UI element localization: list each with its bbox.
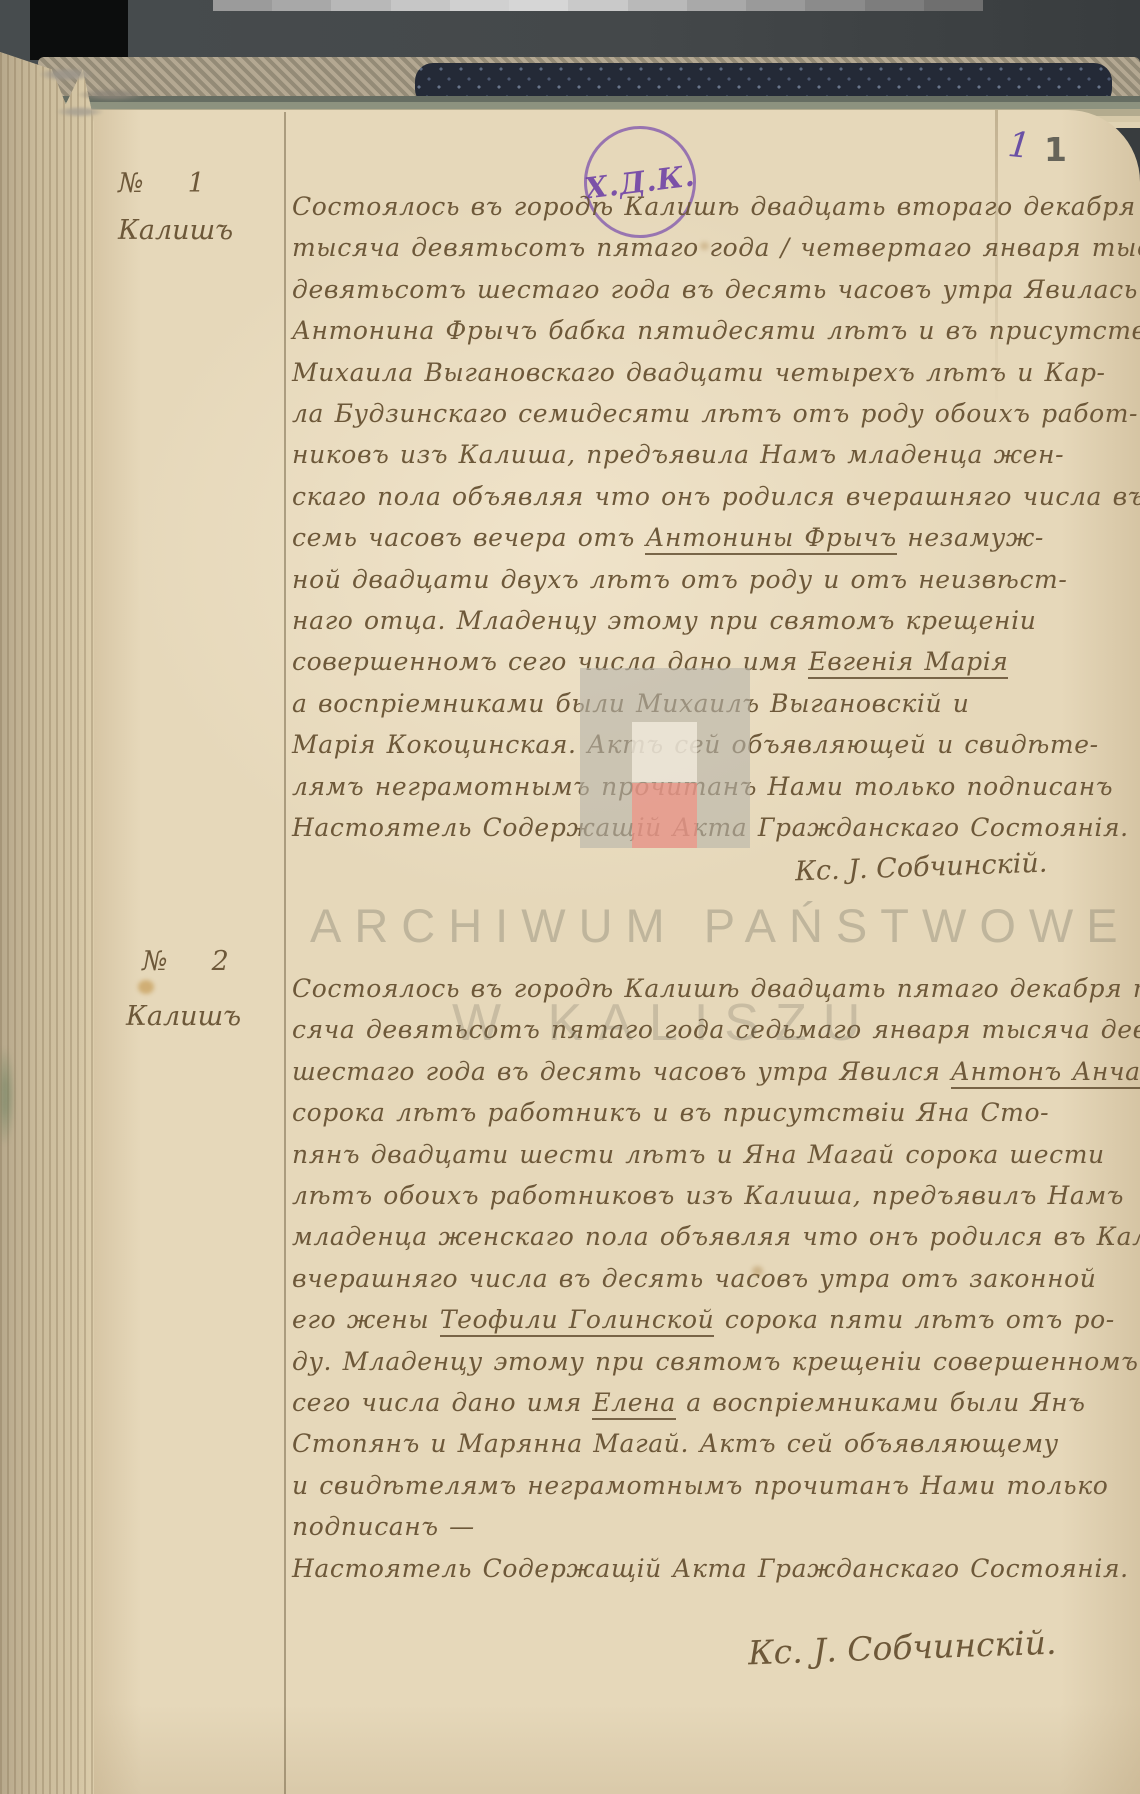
act-1-margin-number: №1 [118,168,205,199]
act-2-margin-place: Калишъ [126,1001,241,1032]
handwritten-line: девятьсотъ шестаго года въ десять часовъ… [292,269,982,310]
handwritten-line: сорока лѣтъ работникъ и въ присутствіи Я… [292,1092,982,1133]
handwritten-segment: Состоялось въ городѣ Калишѣ двадцать вто… [292,192,1136,221]
calibration-strip [213,0,983,11]
underlined-name: Теофили Голинской [440,1305,715,1337]
handwritten-line: подписанъ — [292,1506,982,1547]
archive-watermark-line2: W KALISZU [452,993,876,1053]
handwritten-segment: вчерашняго числа въ десять часовъ утра о… [292,1264,1097,1293]
handwritten-line: семь часовъ вечера отъ Антонины Фрычъ не… [292,517,982,558]
handwritten-line: шестаго года въ десять часовъ утра Явилс… [292,1051,982,1092]
handwritten-line: сего числа дано имя Елена а воспріемника… [292,1382,982,1423]
margin-rule-line [284,112,286,1794]
underlined-name: Антонины Фрычъ [645,523,896,555]
calibration-block [865,0,924,11]
handwritten-line: тысяча девятьсотъ пятаго года / четверта… [292,227,982,268]
handwritten-line: наго отца. Младенцу этому при святомъ кр… [292,600,982,641]
handwritten-line: Михаила Выгановскаго двадцати четырехъ л… [292,352,982,393]
underlined-name: Елена [592,1388,675,1420]
edge-stain [0,1048,15,1144]
calibration-block [805,0,864,11]
handwritten-line: Стопянъ и Марянна Магай. Актъ сей объявл… [292,1423,982,1464]
handwritten-line: ной двадцати двухъ лѣтъ отъ роду и отъ н… [292,559,982,600]
paper-stain [752,1266,763,1276]
handwritten-line: Антонина Фрычъ бабка пятидесяти лѣтъ и в… [292,310,982,351]
handwritten-segment: лѣтъ обоихъ работниковъ изъ Калиша, пред… [292,1181,1124,1210]
underlined-name: Антонъ Анчакъ [951,1057,1140,1089]
handwritten-segment: и свидѣтелямъ неграмотнымъ прочитанъ Нам… [292,1471,1108,1500]
book-spine-edge [0,52,94,1794]
paper-stain [138,980,154,994]
handwritten-segment: шестаго года въ десять часовъ утра Явилс… [292,1057,951,1086]
act-number: 2 [212,946,229,977]
handwritten-segment: незамуж- [897,523,1044,552]
handwritten-segment: а воспріемниками были Янъ [676,1388,1086,1417]
calibration-block [628,0,687,11]
handwritten-line: его жены Теофили Голинской сорока пяти л… [292,1299,982,1340]
handwritten-line: и свидѣтелямъ неграмотнымъ прочитанъ Нам… [292,1465,982,1506]
handwritten-segment: ла Будзинскаго семидесяти лѣтъ отъ роду … [292,399,1138,428]
act-2-margin-number: №2 [142,946,229,977]
handwritten-line: младенца женскаго пола объявляя что онъ … [292,1216,982,1257]
handwritten-segment: Антонина Фрычъ бабка пятидесяти лѣтъ и в… [292,316,1140,345]
calibration-block [568,0,627,11]
handwritten-line: Состоялось въ городѣ Калишѣ двадцать вто… [292,186,982,227]
handwritten-segment: ной двадцати двухъ лѣтъ отъ роду и отъ н… [292,565,1067,594]
handwritten-line: скаго пола объявляя что онъ родился вчер… [292,476,982,517]
calibration-block [391,0,450,11]
handwritten-segment: младенца женскаго пола объявляя что онъ … [292,1222,1140,1251]
handwritten-segment: сорока пяти лѣтъ отъ ро- [714,1305,1114,1334]
page-number-pencil: 1 [1006,125,1032,167]
calibration-block [509,0,568,11]
handwritten-segment: никовъ изъ Калиша, предъявила Намъ младе… [292,440,1064,469]
calibration-block [213,0,272,11]
underlined-name: Евгенія Марія [808,647,1008,679]
archival-scan: Х.Д.К. 1 1 №1 Калишъ Состоялось въ город… [0,0,1140,1794]
handwritten-line: Настоятель Содержащій Акта Гражданскаго … [292,1548,982,1589]
handwritten-line: ду. Младенцу этому при святомъ крещеніи … [292,1341,982,1382]
book-gap-shadow [30,0,128,60]
handwritten-segment: подписанъ — [292,1512,475,1541]
handwritten-segment: Стопянъ и Марянна Магай. Актъ сей объявл… [292,1429,1059,1458]
handwritten-line: вчерашняго числа въ десять часовъ утра о… [292,1258,982,1299]
handwritten-segment: Михаила Выгановскаго двадцати четырехъ л… [292,358,1106,387]
handwritten-segment: ду. Младенцу этому при святомъ крещеніи … [292,1347,1138,1376]
handwritten-segment: Настоятель Содержащій Акта Гражданскаго … [292,1554,1129,1583]
calibration-block [450,0,509,11]
frayed-binding-threads [34,54,164,122]
act-1-margin-place: Калишъ [118,215,233,246]
numero-sign: № [142,946,168,977]
calibration-block [272,0,331,11]
calibration-block [687,0,746,11]
handwritten-segment: семь часовъ вечера отъ [292,523,645,552]
page-number-stamped: 1 [1044,130,1067,169]
handwritten-line: никовъ изъ Калиша, предъявила Намъ младе… [292,434,982,475]
calibration-block [924,0,983,11]
handwritten-line: ла Будзинскаго семидесяти лѣтъ отъ роду … [292,393,982,434]
act-2-text: Состоялось въ городѣ Калишѣ двадцать пят… [292,968,982,1589]
viewer-artifact-pink-square [632,783,697,848]
handwritten-segment: пянъ двадцати шести лѣтъ и Яна Магай сор… [292,1140,1105,1169]
act-number: 1 [188,168,205,199]
handwritten-segment: наго отца. Младенцу этому при святомъ кр… [292,606,1036,635]
handwritten-line: пянъ двадцати шести лѣтъ и Яна Магай сор… [292,1134,982,1175]
calibration-block [331,0,390,11]
viewer-artifact-light-square [632,722,697,782]
handwritten-segment: сего числа дано имя [292,1388,592,1417]
archive-watermark-line1: ARCHIWUM PAŃSTWOWE [310,898,1131,953]
handwritten-line: лѣтъ обоихъ работниковъ изъ Калиша, пред… [292,1175,982,1216]
handwritten-segment: сорока лѣтъ работникъ и въ присутствіи Я… [292,1098,1049,1127]
numero-sign: № [118,168,144,199]
handwritten-segment: тысяча девятьсотъ пятаго года / четверта… [292,233,1140,262]
handwritten-segment: его жены [292,1305,440,1334]
calibration-block [746,0,805,11]
handwritten-segment: скаго пола объявляя что онъ родился вчер… [292,482,1140,511]
paper-stain [700,242,709,250]
handwritten-segment: девятьсотъ шестаго года въ десять часовъ… [292,275,1138,304]
